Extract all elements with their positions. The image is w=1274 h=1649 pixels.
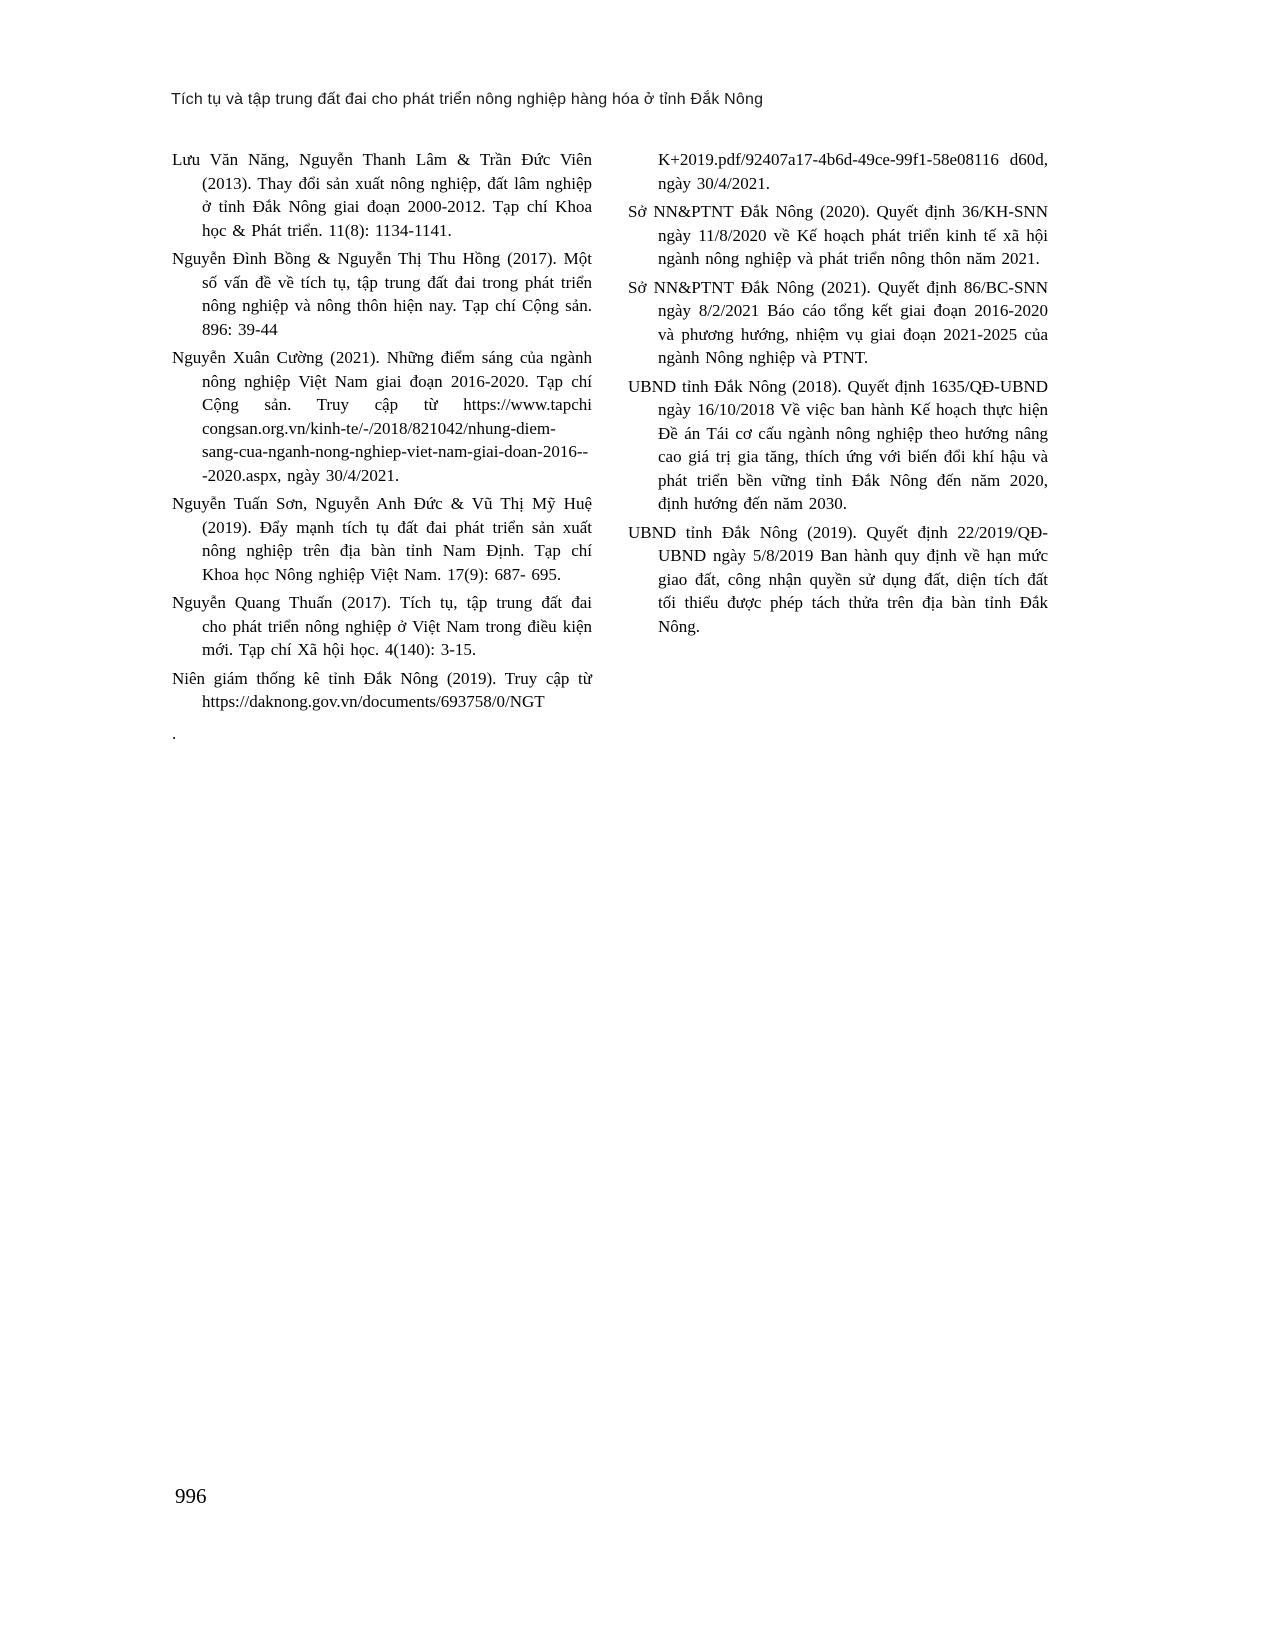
reference-entry: UBND tỉnh Đắk Nông (2019). Quyết định 22… xyxy=(628,521,1048,639)
reference-entry: UBND tỉnh Đắk Nông (2018). Quyết định 16… xyxy=(628,375,1048,516)
reference-continuation: K+2019.pdf/92407a17-4b6d-49ce-99f1-58e08… xyxy=(628,148,1048,195)
reference-entry: Lưu Văn Năng, Nguyễn Thanh Lâm & Trần Đứ… xyxy=(172,148,592,242)
reference-entry: Nguyễn Tuấn Sơn, Nguyễn Anh Đức & Vũ Thị… xyxy=(172,492,592,586)
reference-entry: Sở NN&PTNT Đắk Nông (2020). Quyết định 3… xyxy=(628,200,1048,271)
reference-period: . xyxy=(172,722,592,746)
running-head: Tích tụ và tập trung đất đai cho phát tr… xyxy=(171,91,763,109)
reference-entry: Nguyễn Xuân Cường (2021). Những điểm sán… xyxy=(172,346,592,487)
references-left-column: Lưu Văn Năng, Nguyễn Thanh Lâm & Trần Đứ… xyxy=(172,148,592,750)
reference-entry: Sở NN&PTNT Đắk Nông (2021). Quyết định 8… xyxy=(628,276,1048,370)
references-section: Lưu Văn Năng, Nguyễn Thanh Lâm & Trần Đứ… xyxy=(172,148,1048,750)
reference-entry: Nguyễn Quang Thuấn (2017). Tích tụ, tập … xyxy=(172,591,592,662)
references-right-column: K+2019.pdf/92407a17-4b6d-49ce-99f1-58e08… xyxy=(628,148,1048,643)
reference-entry: Nguyễn Đình Bồng & Nguyễn Thị Thu Hồng (… xyxy=(172,247,592,341)
page-number: 996 xyxy=(175,1484,207,1509)
reference-entry: Niên giám thống kê tỉnh Đắk Nông (2019).… xyxy=(172,667,592,714)
